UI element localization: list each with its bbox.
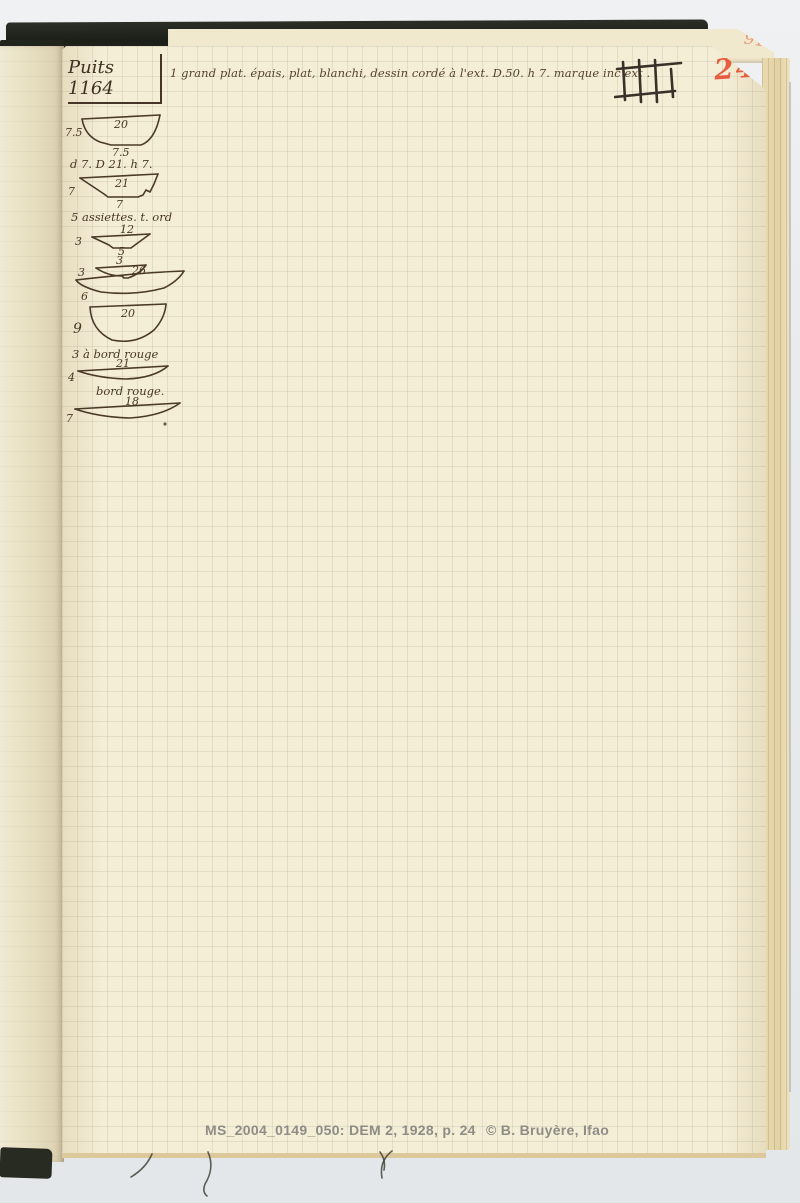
archive-caption: MS_2004_0149_050: DEM 2, 1928, p. 24 © B… (62, 1122, 766, 1142)
sketch-height-measure: 3 (75, 235, 82, 248)
sketch-small-plate: 12 3 5 (75, 223, 150, 258)
well-label-box: Puits 1164 (68, 54, 162, 104)
ghost-page-number: 91 (743, 28, 768, 51)
sketch-shallow-dish: 18 7 (66, 395, 180, 425)
sketch-deep-bowl: 20 9 3 à bord rouge (72, 304, 166, 361)
page-stack-edge (762, 58, 790, 1150)
sketch-height-measure: 7 (68, 185, 75, 198)
archive-reference: MS_2004_0149_050: DEM 2, 1928, p. 24 (205, 1122, 476, 1138)
sketch-height-measure: 3 (78, 266, 85, 279)
header-description: 1 grand plat. épais, plat, blanchi, dess… (170, 66, 620, 80)
sketch-height-measure: 6 (81, 290, 88, 303)
sketch-rim-measure: 20 (113, 118, 128, 131)
copyright-credit: © B. Bruyère, Ifao (486, 1122, 609, 1138)
sketch-height-measure: 9 (73, 321, 82, 337)
cover-corner-bottom-left (0, 1147, 53, 1179)
sketch-rim-measure: 20 (120, 307, 135, 320)
scanner-frame-line (789, 82, 791, 1092)
ink-dot (163, 422, 166, 425)
sketch-note: 5 assiettes. t. ord (71, 210, 172, 224)
sketch-plate: 21 7 7 5 assiettes. t. ord (68, 174, 172, 224)
sketch-height-measure: 7 (66, 412, 73, 425)
sketch-height-measure: 7.5 (65, 126, 83, 139)
sketch-wide-dish: 26 6 (76, 264, 184, 303)
sketch-height-measure: 4 (67, 371, 75, 384)
sketch-note: d 7. D 21. h 7. (70, 157, 153, 171)
notebook-page: Puits 1164 1 grand plat. épais, plat, bl… (62, 46, 766, 1158)
scanner-background: { "page": { "number": "24", "ghost_numbe… (0, 0, 800, 1203)
sketch-rim-measure: 21 (114, 177, 129, 190)
sketch-rim-measure: 12 (120, 223, 134, 236)
incised-mark-icon (614, 56, 690, 104)
well-label: Puits 1164 (68, 57, 160, 99)
facing-page-edge (0, 46, 64, 1162)
sketch-bowl: 20 7.5 7.5 d 7. D 21. h 7. (65, 115, 160, 171)
sketch-rim-measure: 26 (131, 264, 146, 277)
sketch-rim-measure: 3 (116, 254, 123, 267)
binding-threads (130, 1150, 450, 1202)
sketch-column: 20 7.5 7.5 d 7. D 21. h 7. 21 7 7 5 assi… (64, 104, 204, 474)
sketch-shallow-dish-red-rim: 21 4 bord rouge. (67, 357, 168, 398)
